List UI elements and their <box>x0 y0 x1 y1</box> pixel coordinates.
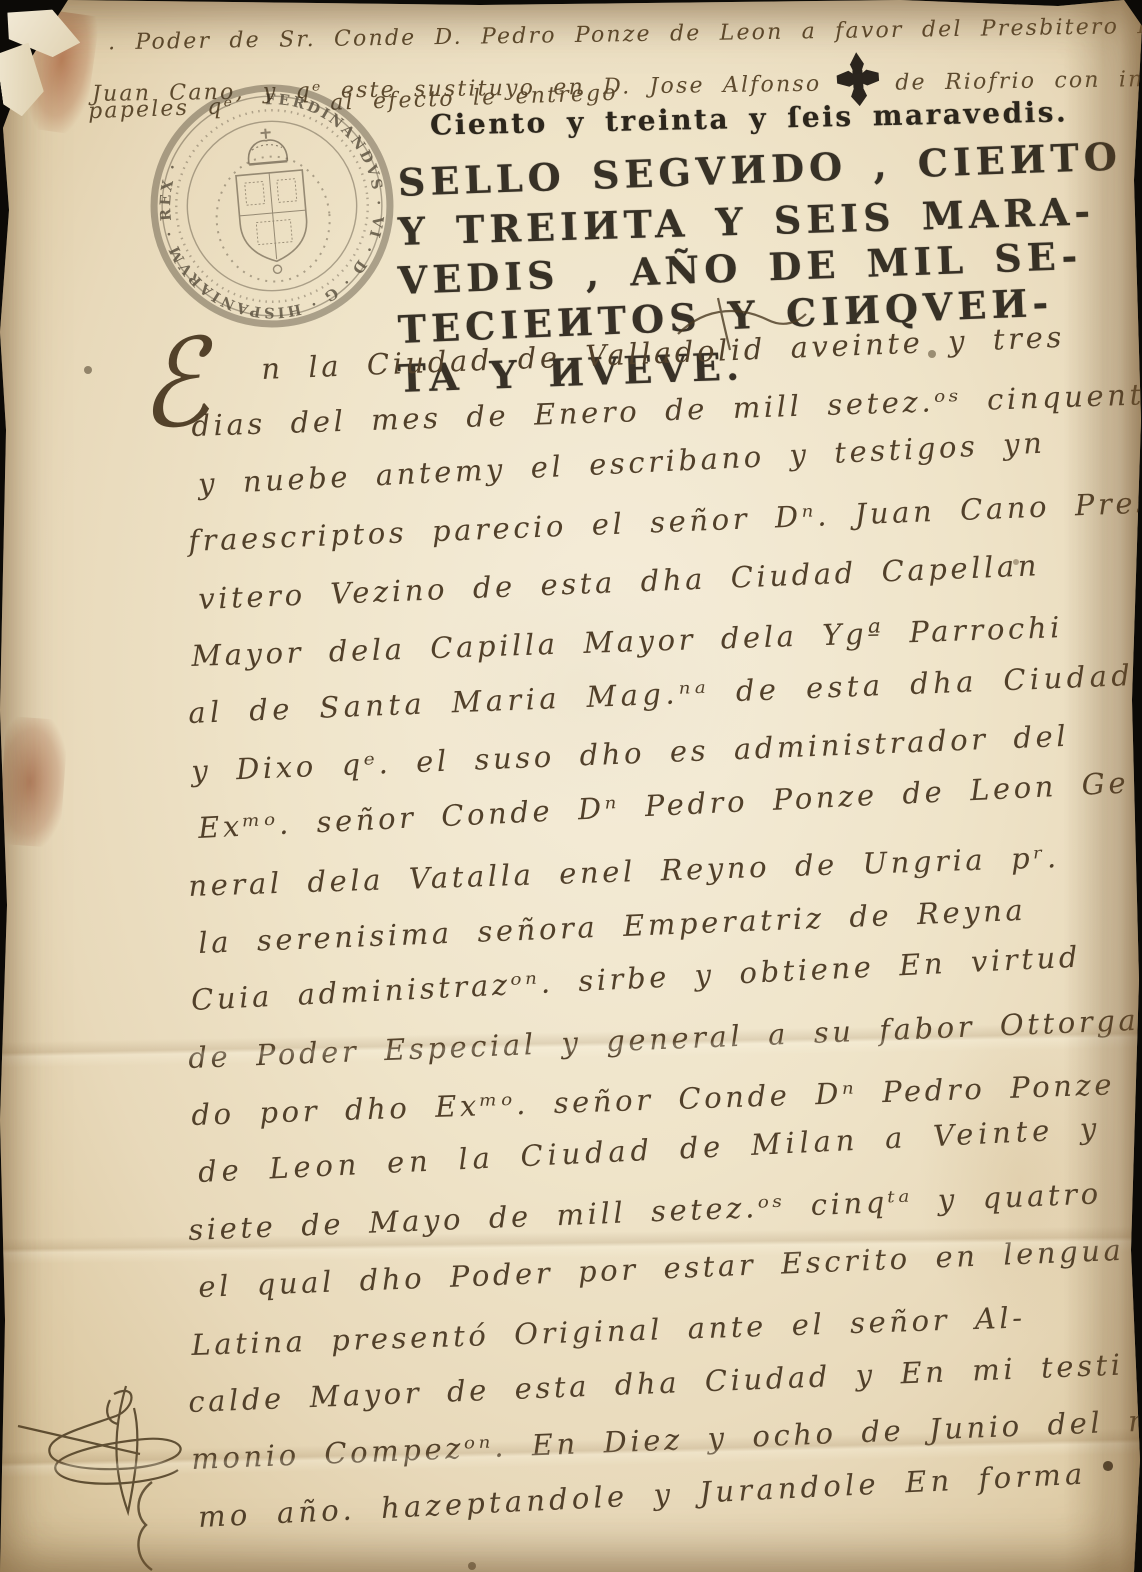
annotation-text: de Riofrio con inbentario de los <box>895 64 1142 96</box>
annotation-line-1: . Poder de Sr. Conde D. Pedro Ponze de L… <box>108 14 1142 56</box>
seal-crown <box>246 127 288 165</box>
margin-brace <box>130 1478 158 1572</box>
seal-shield <box>236 170 311 276</box>
manuscript-body: n la Ciudad de Valladolid aveinte y tres… <box>192 352 1072 1557</box>
rust-stain-left-edge <box>0 716 68 848</box>
document-page: . Poder de Sr. Conde D. Pedro Ponze de L… <box>0 0 1142 1572</box>
ink-specks <box>0 0 4 4</box>
annotation-text: . Poder de Sr. Conde D. Pedro Ponze de L… <box>108 14 1142 56</box>
scan-background: . Poder de Sr. Conde D. Pedro Ponze de L… <box>0 0 1142 1572</box>
margin-scribble <box>14 1378 224 1528</box>
royal-seal-stamp: FERDINANDVS · VI · D · G · HISPANIARVM ·… <box>135 68 408 345</box>
